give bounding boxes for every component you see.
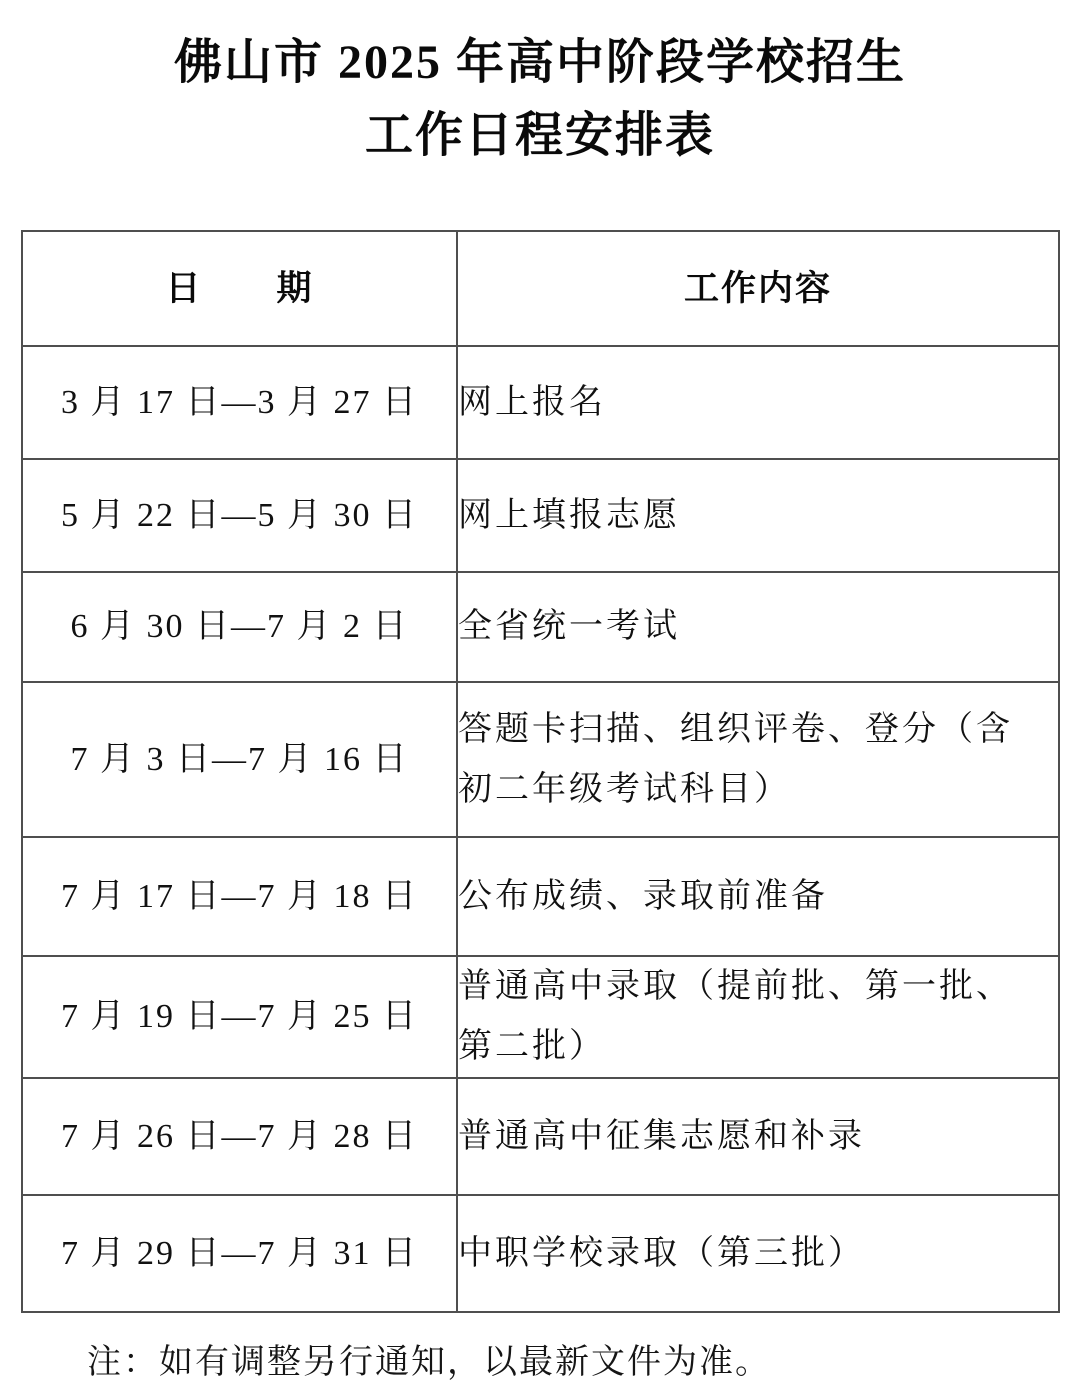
table-row: 7 月 17 日—7 月 18 日 公布成绩、录取前准备 [22, 837, 1059, 956]
title-line-1: 佛山市 2025 年高中阶段学校招生 [0, 26, 1080, 99]
date-cell: 7 月 26 日—7 月 28 日 [22, 1078, 457, 1195]
footnote: 注：如有调整另行通知，以最新文件为准。 [87, 1334, 1080, 1383]
table-row: 3 月 17 日—3 月 27 日 网上报名 [22, 346, 1059, 459]
table-row: 7 月 26 日—7 月 28 日 普通高中征集志愿和补录 [22, 1078, 1059, 1195]
content-cell: 中职学校录取（第三批） [457, 1195, 1059, 1312]
date-cell: 7 月 17 日—7 月 18 日 [22, 837, 457, 956]
column-header-content: 工作内容 [457, 231, 1059, 346]
date-cell: 7 月 19 日—7 月 25 日 [22, 956, 457, 1078]
title-line-2: 工作日程安排表 [0, 99, 1080, 172]
content-cell: 网上报名 [457, 346, 1059, 459]
table-row: 7 月 19 日—7 月 25 日 普通高中录取（提前批、第一批、 第二批） [22, 956, 1059, 1078]
content-cell: 全省统一考试 [457, 572, 1059, 682]
content-cell: 普通高中录取（提前批、第一批、 第二批） [457, 956, 1059, 1078]
document-page: 佛山市 2025 年高中阶段学校招生 工作日程安排表 日 期 工作内容 3 月 … [0, 0, 1080, 1384]
column-header-date: 日 期 [22, 231, 457, 346]
date-cell: 7 月 29 日—7 月 31 日 [22, 1195, 457, 1312]
date-cell: 3 月 17 日—3 月 27 日 [22, 346, 457, 459]
content-cell: 普通高中征集志愿和补录 [457, 1078, 1059, 1195]
date-cell: 5 月 22 日—5 月 30 日 [22, 459, 457, 572]
document-title: 佛山市 2025 年高中阶段学校招生 工作日程安排表 [0, 0, 1080, 172]
content-cell: 网上填报志愿 [457, 459, 1059, 572]
content-cell: 公布成绩、录取前准备 [457, 837, 1059, 956]
content-cell: 答题卡扫描、组织评卷、登分（含 初二年级考试科目） [457, 682, 1059, 837]
table-row: 6 月 30 日—7 月 2 日 全省统一考试 [22, 572, 1059, 682]
date-cell: 7 月 3 日—7 月 16 日 [22, 682, 457, 837]
date-cell: 6 月 30 日—7 月 2 日 [22, 572, 457, 682]
table-header-row: 日 期 工作内容 [22, 231, 1059, 346]
schedule-table: 日 期 工作内容 3 月 17 日—3 月 27 日 网上报名 5 月 22 日… [21, 230, 1060, 1313]
table-row: 7 月 29 日—7 月 31 日 中职学校录取（第三批） [22, 1195, 1059, 1312]
table-row: 7 月 3 日—7 月 16 日 答题卡扫描、组织评卷、登分（含 初二年级考试科… [22, 682, 1059, 837]
table-row: 5 月 22 日—5 月 30 日 网上填报志愿 [22, 459, 1059, 572]
